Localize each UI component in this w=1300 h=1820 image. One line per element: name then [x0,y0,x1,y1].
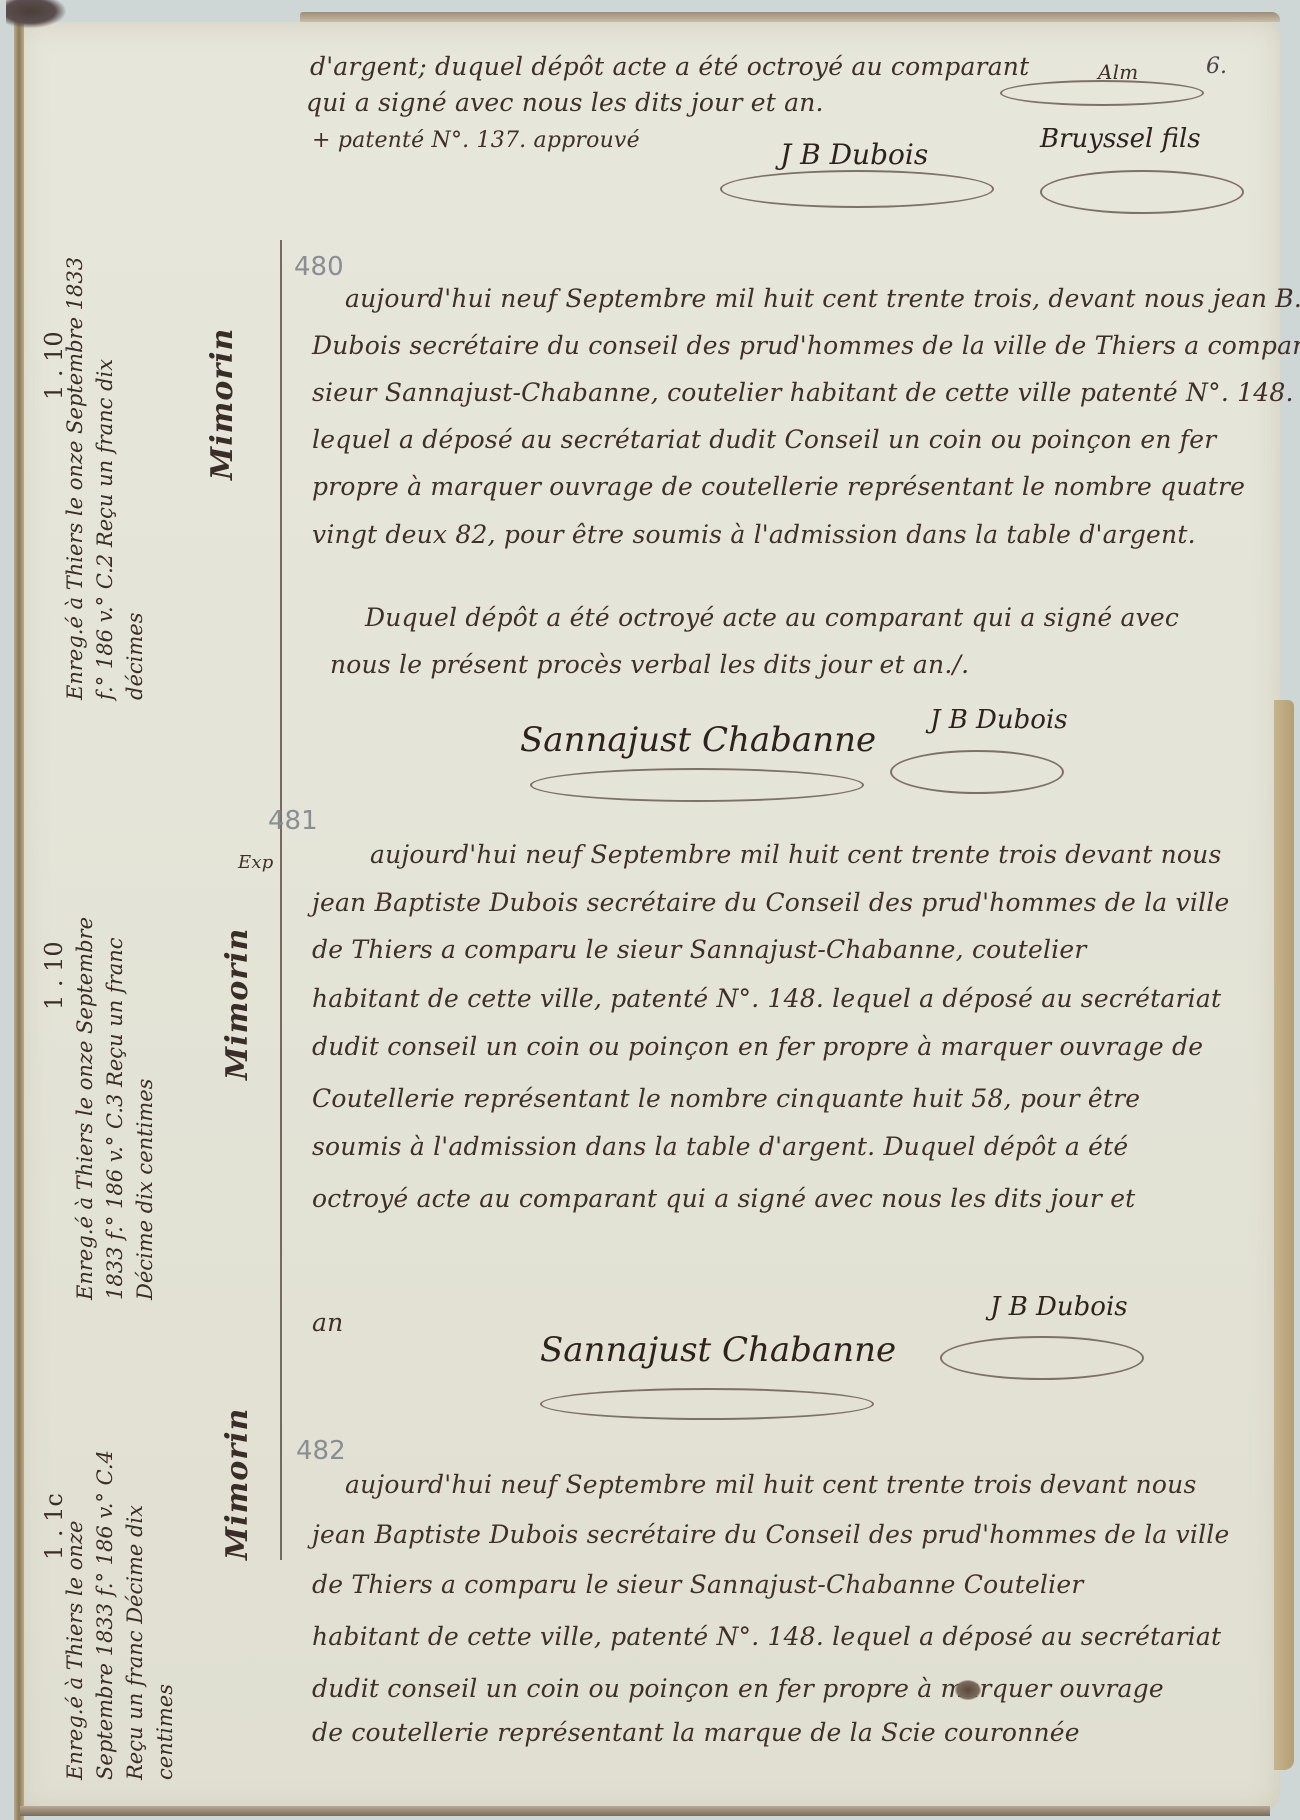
signature-flourish [540,1388,874,1420]
page-top-edge [300,12,1280,22]
entry-481-line: dudit conseil un coin ou poinçon en fer … [312,1032,1203,1061]
margin-annotation-line: 1833 f.° 186 v.° C.3 Reçu un franc [100,917,130,1300]
margin-annotation-line: f.° 186 v.° C.2 Reçu un franc dix [90,257,120,700]
entry-481-line: Coutellerie représentant le nombre cinqu… [312,1084,1140,1113]
continuation-line: qui a signé avec nous les dits jour et a… [306,88,824,117]
entry-480-line: propre à marquer ouvrage de coutellerie … [312,472,1245,501]
page-bottom-edge [20,1806,1270,1816]
signature-dubois: J B Dubois [990,1292,1128,1322]
margin-registration-481: Enreg.é à Thiers le onze Septembre 1833 … [70,917,160,1300]
margin-annotation-line: Décime dix centimes [130,917,160,1300]
continuation-line: d'argent; duquel dépôt acte a été octroy… [310,52,1029,81]
entry-481-line: jean Baptiste Dubois secrétaire du Conse… [312,888,1229,917]
margin-rule-line [280,240,282,1560]
entry-482-line: jean Baptiste Dubois secrétaire du Conse… [312,1520,1229,1549]
binding-thread [6,0,66,28]
signature-flourish [530,768,864,802]
signature-sannajust-chabanne: Sannajust Chabanne [520,720,876,760]
signature-bruyssel: Bruyssel fils [1040,124,1201,154]
entry-480-line: lequel a déposé au secrétariat dudit Con… [312,425,1216,454]
margin-annotation-line: décimes [120,257,150,700]
signature-flourish [1040,170,1244,214]
entry-482-line: de coutellerie représentant la marque de… [312,1718,1080,1747]
book-binding [14,0,24,1820]
entry-482-line: habitant de cette ville, patenté N°. 148… [312,1622,1221,1651]
entry-481-line: an [312,1308,343,1337]
entry-482-line: de Thiers a comparu le sieur Sannajust-C… [312,1570,1083,1599]
margin-annotation-line: Septembre 1833 f.° 186 v.° C.4 [90,1450,120,1780]
margin-clerk-signature-481: Mimorin [220,928,255,1080]
page-right-edge [1274,700,1294,1770]
entry-number-480: 480 [294,252,344,282]
signature-sannajust-chabanne: Sannajust Chabanne [540,1330,896,1370]
signature-dubois: J B Dubois [930,705,1068,735]
margin-clerk-signature-480: Mimorin [205,328,240,480]
entry-480-line: vingt deux 82, pour être soumis à l'admi… [312,520,1196,549]
margin-annotation-line: Enreg.é à Thiers le onze Septembre 1833 [60,257,90,700]
margin-fee-481: 1 . 10 [40,941,68,1010]
entry-number-482: 482 [296,1436,346,1466]
entry-481-line: octroyé acte au comparant qui a signé av… [312,1184,1135,1213]
margin-registration-482: Enreg.é à Thiers le onze Septembre 1833 … [60,1450,180,1780]
margin-annotation-line: Enreg.é à Thiers le onze [60,1450,90,1780]
margin-registration-480: Enreg.é à Thiers le onze Septembre 1833 … [60,257,150,700]
entry-480-line: Dubois secrétaire du conseil des prud'ho… [312,331,1300,360]
signature-flourish [720,170,994,208]
entry-481-prefix: Exp [238,852,273,873]
entry-number-481: 481 [268,806,318,836]
margin-annotation-line: Reçu un franc Décime dix [120,1450,150,1780]
entry-480-line: Duquel dépôt a été octroyé acte au compa… [365,603,1179,632]
entry-480-line: sieur Sannajust-Chabanne, coutelier habi… [312,378,1294,407]
signature-flourish [940,1336,1144,1380]
signature-dubois: J B Dubois [780,138,928,171]
signature-flourish [1000,80,1204,106]
entry-481-line: soumis à l'admission dans la table d'arg… [312,1132,1128,1161]
entry-481-line: aujourd'hui neuf Septembre mil huit cent… [370,840,1221,869]
margin-clerk-signature-482: Mimorin [220,1408,255,1560]
entry-480-line: nous le présent procès verbal les dits j… [330,650,969,679]
entry-481-line: habitant de cette ville, patenté N°. 148… [312,984,1221,1013]
ink-stain [955,1680,981,1700]
margin-annotation-line: Enreg.é à Thiers le onze Septembre [70,917,100,1300]
entry-482-line: aujourd'hui neuf Septembre mil huit cent… [345,1470,1196,1499]
signature-flourish [890,750,1064,794]
continuation-approval-note: + patenté N°. 137. approuvé [312,128,640,153]
page-number: 6. [1206,54,1227,79]
entry-481-line: de Thiers a comparu le sieur Sannajust-C… [312,935,1087,964]
margin-annotation-line: centimes [150,1450,180,1780]
entry-480-line: aujourd'hui neuf Septembre mil huit cent… [345,284,1300,313]
entry-482-line: dudit conseil un coin ou poinçon en fer … [312,1674,1164,1703]
